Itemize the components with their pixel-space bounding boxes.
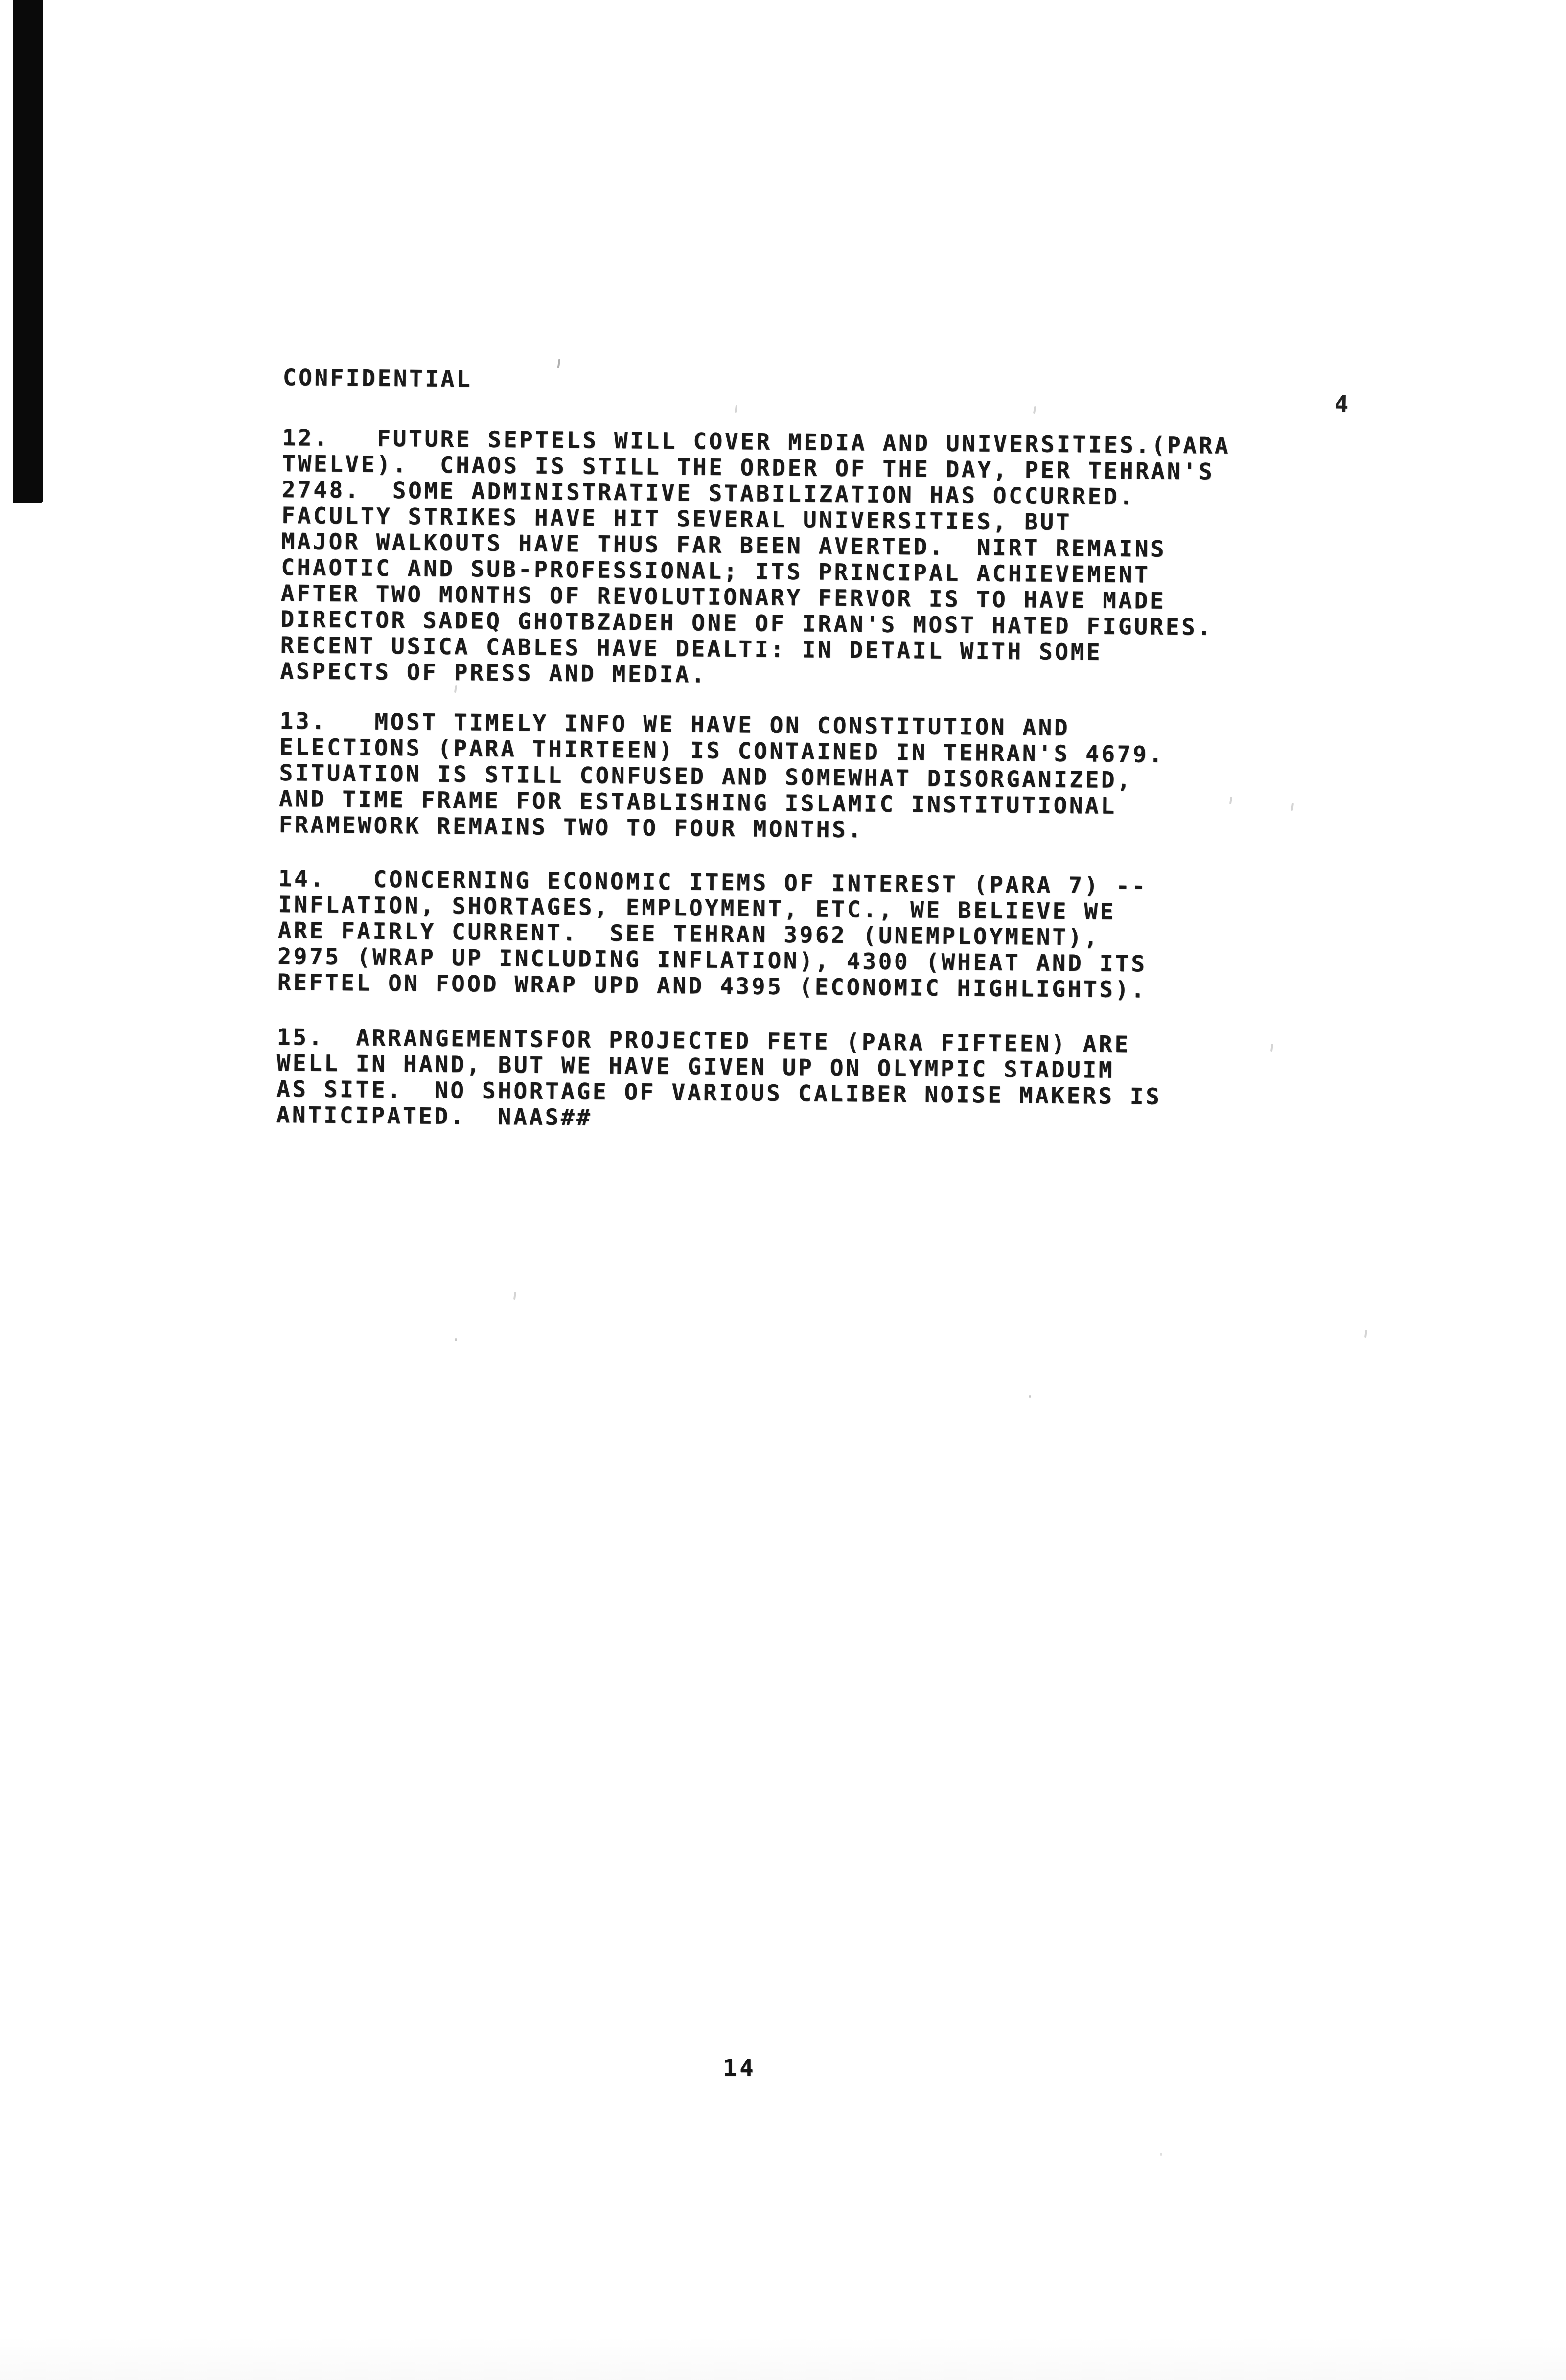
paragraph-list: 12. FUTURE SEPTELS WILL COVER MEDIA AND … <box>276 425 1285 1137</box>
document-page: 4 CONFIDENTIAL 12. FUTURE SEPTELS WILL C… <box>0 0 1566 2380</box>
scan-speck <box>1291 803 1294 811</box>
page-number-top: 4 <box>1334 391 1351 418</box>
scan-edge-shading <box>0 2336 1566 2380</box>
scan-speck <box>1160 2153 1162 2156</box>
paragraph: 15. ARRANGEMENTSFOR PROJECTED FETE (PARA… <box>276 1024 1280 1137</box>
paragraph: 13. MOST TIMELY INFO WE HAVE ON CONSTITU… <box>279 708 1283 847</box>
scan-speck <box>513 1292 516 1300</box>
page-number-bottom: 14 <box>723 2055 757 2082</box>
classification-line: CONFIDENTIAL <box>283 365 1286 399</box>
scan-speck <box>455 1338 457 1341</box>
paragraph: 12. FUTURE SEPTELS WILL COVER MEDIA AND … <box>280 425 1286 693</box>
scan-speck <box>1029 1395 1031 1398</box>
document-body: CONFIDENTIAL 12. FUTURE SEPTELS WILL COV… <box>276 365 1286 1137</box>
paragraph: 14. CONCERNING ECONOMIC ITEMS OF INTERES… <box>277 866 1282 1004</box>
scan-speck <box>1364 1330 1367 1338</box>
scan-artifact-bar <box>13 0 43 503</box>
